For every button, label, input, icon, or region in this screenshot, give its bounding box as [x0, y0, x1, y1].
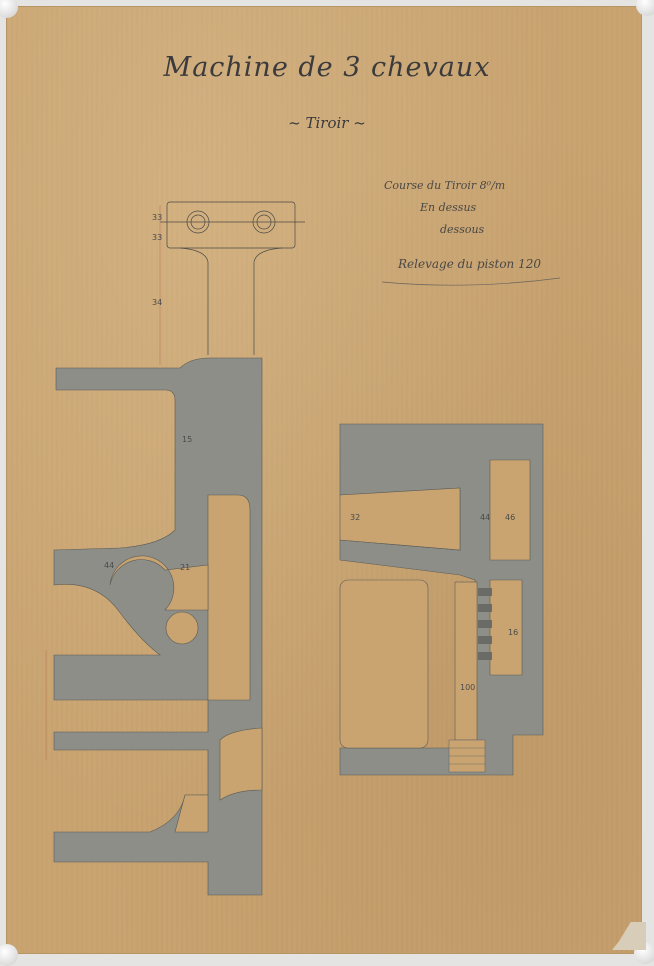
svg-text:44: 44 — [480, 513, 490, 522]
svg-text:100: 100 — [460, 683, 475, 692]
svg-text:46: 46 — [505, 513, 515, 522]
svg-text:16: 16 — [508, 628, 518, 637]
right-section-view: 32 44 46 16 100 — [0, 0, 654, 960]
svg-text:32: 32 — [350, 513, 360, 522]
